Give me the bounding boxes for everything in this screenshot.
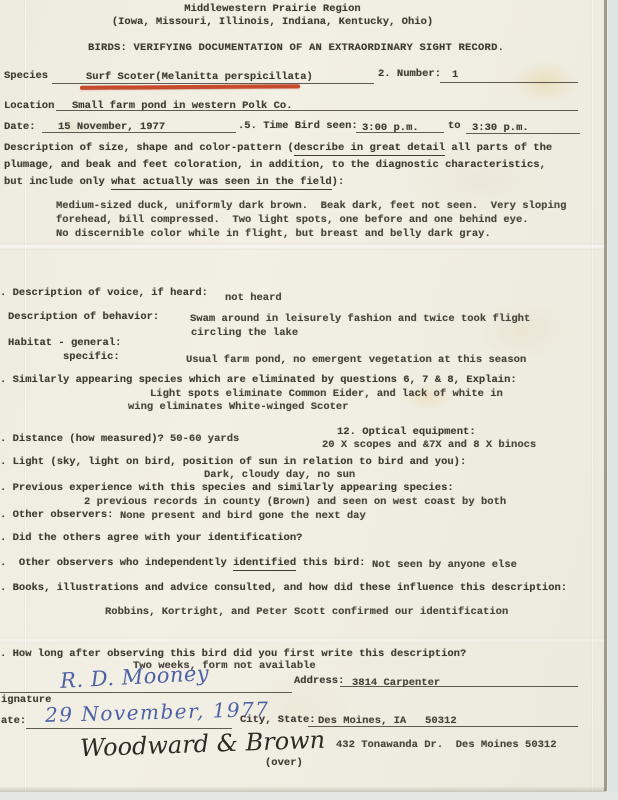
date-signed-label: ate:	[1, 715, 26, 727]
voice-value: not heard	[225, 292, 282, 304]
writeup-label: . How long after observing this bird did…	[0, 648, 466, 660]
description-prompt-line1: Description of size, shape and color-pat…	[4, 142, 552, 154]
optical-equipment-label: 12. Optical equipment:	[337, 426, 476, 438]
light-value: Dark, cloudy day, no sun	[204, 469, 355, 481]
description-prompt-line3-a: but include only	[4, 176, 111, 188]
distance-label: . Distance (how measured)?	[0, 433, 164, 445]
optical-equipment-value: 20 X scopes and &7X and 8 X binocs	[322, 439, 536, 451]
time-seen-label: .5. Time Bird seen:	[238, 120, 358, 132]
description-prompt-line3: but include only what actually was seen …	[4, 176, 344, 188]
independent-id-value: Not seen by anyone else	[372, 559, 517, 571]
experience-value: 2 previous records in county (Brown) and…	[84, 496, 506, 508]
vertical-fold-left	[24, 0, 27, 792]
time-to-label: to	[448, 120, 461, 132]
species-label: Species	[4, 70, 48, 82]
over-label: (over)	[265, 757, 303, 769]
similar-species-value-line2: wing eliminates White-winged Scoter	[128, 401, 349, 413]
behavior-value-line2: circling the lake	[191, 327, 298, 339]
signature-rule	[0, 692, 292, 693]
experience-label: . Previous experience with this species …	[0, 482, 454, 494]
light-label: . Light (sky, light on bird, position of…	[0, 456, 466, 468]
date-label: Date:	[4, 121, 36, 133]
books-value: Robbins, Kortright, and Peter Scott conf…	[105, 606, 508, 618]
independent-id-label-underlined: identified	[233, 557, 296, 571]
voice-label: . Description of voice, if heard:	[0, 287, 208, 299]
behavior-value-line1: Swam around in leisurely fashion and twi…	[190, 313, 530, 325]
description-prompt-line3-c: ):	[332, 176, 345, 188]
description-prompt-line2: plumage, and beak and feet coloration, i…	[4, 159, 546, 171]
address-value: 3814 Carpenter	[352, 677, 440, 689]
description-answer-line3: No discernible color while in flight, bu…	[56, 228, 491, 240]
species-value: Surf Scoter(Melanitta perspicillata)	[86, 71, 313, 83]
date-signed-rule	[26, 728, 232, 729]
scanned-document: Middlewestern Prairie Region (Iowa, Miss…	[0, 0, 618, 800]
form-title: BIRDS: VERIFYING DOCUMENTATION OF AN EXT…	[88, 42, 504, 54]
habitat-specific-value: Usual farm pond, no emergent vegetation …	[186, 354, 526, 366]
vertical-fold-right	[591, 0, 594, 792]
number-value: 1	[452, 69, 458, 81]
books-label: . Books, illustrations and advice consul…	[0, 582, 567, 594]
similar-species-label: . Similarly appearing species which are …	[0, 374, 517, 386]
horizontal-fold-crease-2	[0, 637, 606, 644]
time-end-value: 3:30 p.m.	[472, 122, 529, 134]
description-answer-line1: Medium-sized duck, uniformly dark brown.…	[56, 200, 566, 212]
location-label: Location	[4, 100, 54, 112]
number-label: 2. Number:	[378, 68, 441, 80]
behavior-label: Description of behavior:	[8, 311, 159, 323]
distance-value: 50-60 yards	[170, 433, 239, 445]
page-edge-line	[604, 0, 607, 791]
date-value: 15 November, 1977	[58, 121, 165, 133]
independent-id-label-a: . Other observers who independently	[0, 557, 233, 569]
number-rule	[440, 82, 578, 83]
time-start-value: 3:00 p.m.	[362, 122, 419, 134]
independent-id-label: . Other observers who independently iden…	[0, 557, 365, 569]
habitat-general-label: Habitat - general:	[8, 337, 121, 349]
city-state-value: Des Moines, IA 50312	[318, 715, 457, 727]
habitat-specific-label: specific:	[63, 351, 120, 363]
agreement-question: . Did the others agree with your identif…	[0, 532, 302, 544]
other-observers-value: None present and bird gone the next day	[120, 510, 366, 522]
description-prompt-line1-underlined: describe in great detail	[294, 142, 445, 156]
independent-id-label-c: this bird:	[296, 557, 365, 569]
scan-background-bottom	[0, 792, 618, 800]
description-prompt-line1-c: all parts of the	[445, 142, 552, 154]
similar-species-value-line1: Light spots eliminate Common Eider, and …	[150, 388, 503, 400]
description-answer-line2: forehead, bill compressed. Two light spo…	[56, 214, 529, 226]
horizontal-fold-crease	[0, 243, 606, 250]
scan-background-right	[608, 0, 618, 800]
address-label: Address:	[294, 675, 344, 687]
description-prompt-line3-underlined: what actually was seen in the field	[111, 176, 332, 190]
location-value: Small farm pond in western Polk Co.	[72, 100, 293, 112]
region-subtitle: (Iowa, Missouri, Illinois, Indiana, Kent…	[0, 16, 545, 28]
description-prompt-line1-a: Description of size, shape and color-pat…	[4, 142, 294, 154]
second-address-value: 432 Tonawanda Dr. Des Moines 50312	[336, 739, 557, 751]
city-state-label: City, State:	[240, 714, 316, 726]
other-observers-label: . Other observers:	[0, 509, 113, 521]
region-title: Middlewestern Prairie Region	[0, 3, 545, 15]
